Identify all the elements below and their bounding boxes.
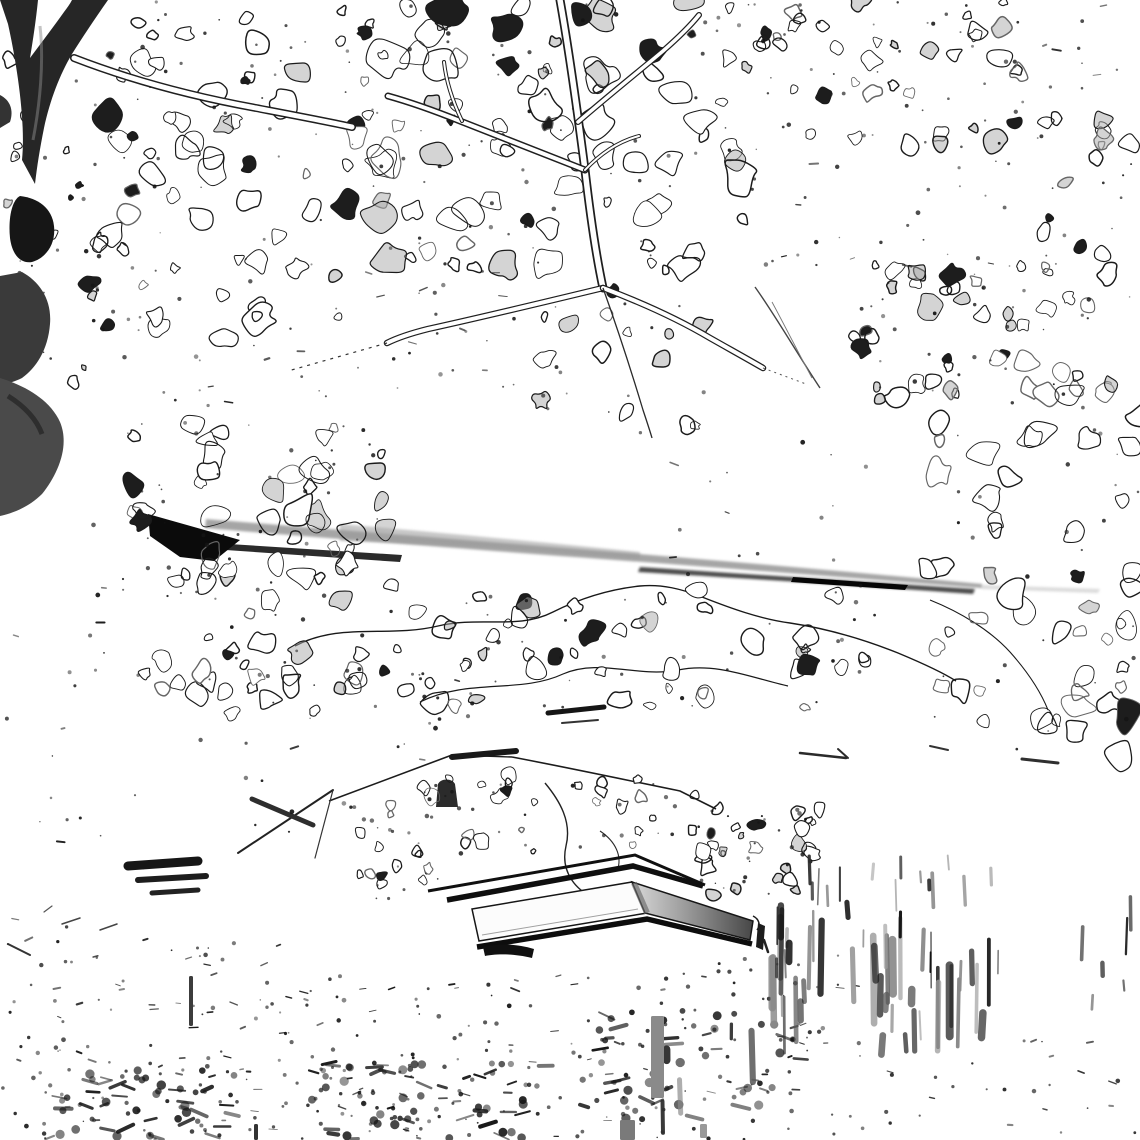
thin-stem-left: [189, 976, 193, 1026]
sketch-image: [0, 0, 1140, 1140]
gray-post-lower: [620, 1120, 635, 1140]
gray-post-small: [700, 1124, 707, 1138]
steps-mark-1: [128, 861, 198, 866]
steps-mark-3: [152, 890, 198, 893]
lake-house-sketch-canvas: [0, 0, 1140, 1140]
gray-post-center: [651, 1016, 664, 1098]
thin-stem-bottom: [254, 1124, 258, 1140]
paper-background: [0, 0, 1140, 1140]
steps-mark-2: [138, 876, 206, 880]
